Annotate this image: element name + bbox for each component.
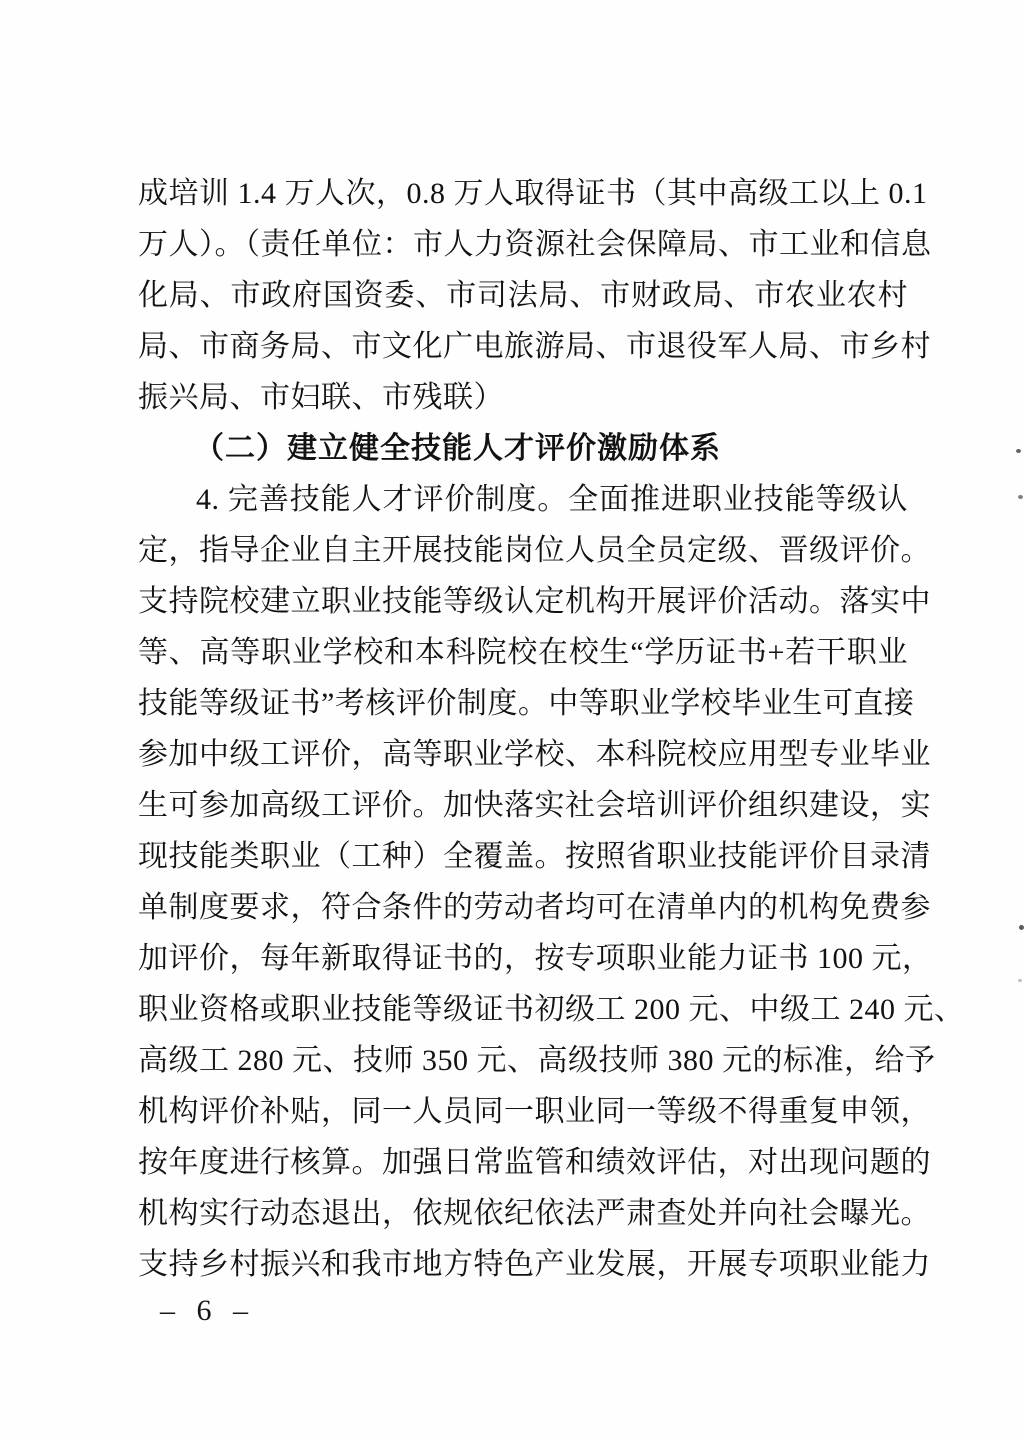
- body-line: 加评价，每年新取得证书的，按专项职业能力证书 100 元，: [138, 933, 908, 984]
- body-line: 现技能类职业（工种）全覆盖。按照省职业技能评价目录清: [138, 831, 908, 882]
- body-line: 高级工 280 元、技师 350 元、高级技师 380 元的标准，给予: [138, 1035, 908, 1086]
- document-body: 成培训 1.4 万人次，0.8 万人取得证书（其中高级工以上 0.1万人）。（责…: [138, 168, 908, 1290]
- section-heading: （二）建立健全技能人才评价激励体系: [138, 423, 908, 474]
- document-page: 成培训 1.4 万人次，0.8 万人取得证书（其中高级工以上 0.1万人）。（责…: [0, 0, 1024, 1440]
- body-line: 局、市商务局、市文化广电旅游局、市退役军人局、市乡村: [138, 321, 908, 372]
- body-line: 机构评价补贴，同一人员同一职业同一等级不得重复申领，: [138, 1086, 908, 1137]
- body-line: 按年度进行核算。加强日常监管和绩效评估，对出现问题的: [138, 1137, 908, 1188]
- scan-speck: [1016, 449, 1021, 453]
- body-line: 支持院校建立职业技能等级认定机构开展评价活动。落实中: [138, 576, 908, 627]
- body-line: 振兴局、市妇联、市残联）: [138, 372, 908, 423]
- scan-speck: [1019, 925, 1024, 930]
- body-line: 化局、市政府国资委、市司法局、市财政局、市农业农村: [138, 270, 908, 321]
- body-line: 技能等级证书”考核评价制度。中等职业学校毕业生可直接: [138, 678, 908, 729]
- body-line: 万人）。（责任单位：市人力资源社会保障局、市工业和信息: [138, 219, 908, 270]
- body-line: 定，指导企业自主开展技能岗位人员全员定级、晋级评价。: [138, 525, 908, 576]
- body-line: 单制度要求，符合条件的劳动者均可在清单内的机构免费参: [138, 882, 908, 933]
- body-line: 机构实行动态退出，依规依纪依法严肃查处并向社会曝光。: [138, 1188, 908, 1239]
- scan-speck: [1018, 495, 1023, 499]
- numbered-item-first-line: 4. 完善技能人才评价制度。全面推进职业技能等级认: [138, 474, 908, 525]
- body-line: 支持乡村振兴和我市地方特色产业发展，开展专项职业能力: [138, 1239, 908, 1290]
- body-line: 参加中级工评价，高等职业学校、本科院校应用型专业毕业: [138, 729, 908, 780]
- body-line: 职业资格或职业技能等级证书初级工 200 元、中级工 240 元、: [138, 984, 908, 1035]
- scan-speck: [1018, 979, 1022, 982]
- body-line: 生可参加高级工评价。加快落实社会培训评价组织建设，实: [138, 780, 908, 831]
- body-line: 等、高等职业学校和本科院校在校生“学历证书+若干职业: [138, 627, 908, 678]
- body-line: 成培训 1.4 万人次，0.8 万人取得证书（其中高级工以上 0.1: [138, 168, 908, 219]
- page-number: – 6 –: [160, 1294, 255, 1328]
